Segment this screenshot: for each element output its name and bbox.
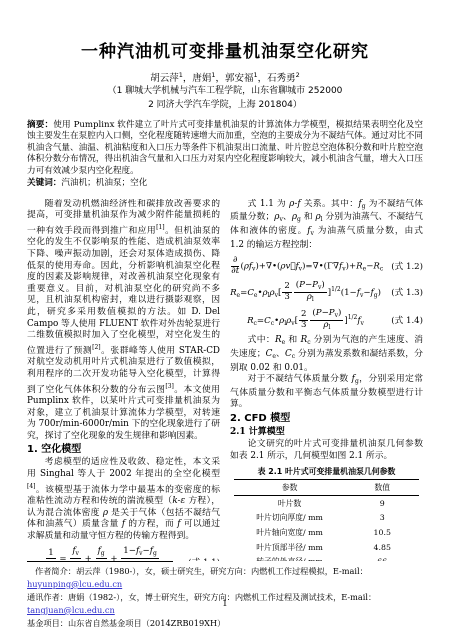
equation-1-3: Re=Ce•ρlρv[23(P−Pv)ρl]1/2(1−fv−fg) (式 1.… xyxy=(230,281,423,304)
equation-1-2-label: (式 1.2) xyxy=(383,260,423,272)
footnote-divider xyxy=(27,561,173,562)
paper-page: 一种汽油机可变排量机油泵空化研究 胡云萍1，唐娟1，郭安福1，石秀勇2 （1 聊… xyxy=(0,0,450,637)
abstract-text: 使用 Pumplinx 软件建立了叶片式可变排量机油泵的计算流体力学模型，模拟结… xyxy=(27,120,423,176)
table-cell: 叶片切向厚度/ mm xyxy=(234,511,346,526)
equation-1-2: ∂∂t(ρfv)+∇•(ρv⃗fv)=∇•(Γ∇fv)+Re−Rc (式 1.2… xyxy=(230,256,423,276)
table-2-1-caption: 表 2.1 叶片式可变排量机油泵几何参数 xyxy=(230,466,423,477)
paper-title: 一种汽油机可变排量机油泵空化研究 xyxy=(27,42,423,63)
footnotes-block: 作者简介：胡云萍（1980-），女，硕士研究生，研究方向：内燃机工作过程模拟，E… xyxy=(27,565,423,630)
table-cell: 叶片数 xyxy=(234,496,346,511)
table-header-value: 数值 xyxy=(345,480,419,496)
computational-model-paragraph: 论文研究的叶片式可变排量机油泵几何参数如表 2.1 所示，几何模型如图 2.1 … xyxy=(230,439,423,462)
geometry-table-body: 叶片数9叶片切向厚度/ mm3叶片轴向宽度/ mm10.5叶片顶部半径/ mm4… xyxy=(234,496,419,561)
author-bio-footnote: 作者简介：胡云萍（1980-），女，硕士研究生，研究方向：内燃机工作过程模拟，E… xyxy=(27,565,423,591)
section-1-heading: 1. 空化模型 xyxy=(27,443,220,456)
table-cell: 叶片轴向宽度/ mm xyxy=(234,525,346,540)
equation-1-1: 1ρ = fvρv + fgρg + 1−fv−fgρl (式 1.1) xyxy=(27,547,220,560)
author-bio-text: 作者简介：胡云萍（1980-），女，硕士研究生，研究方向：内燃机工作过程模拟，E… xyxy=(35,566,368,576)
equation-1-4: Rc=Cc•ρlρv[23(P−Pv)ρl]1/2fv (式 1.4) xyxy=(230,309,423,332)
cavitation-model-paragraph: 考虑模型的适应性及收敛、稳定性，本文采用 Singhal 等人于 2002 年提… xyxy=(27,457,220,542)
table-cell: 转子的外直径/ mm xyxy=(234,554,346,560)
keywords-text: 汽油机；机油泵；空化 xyxy=(61,178,147,188)
table-row: 叶片数9 xyxy=(234,496,419,511)
equation-1-1-body: 1ρ = fvρv + fgρg + 1−fv−fgρl xyxy=(27,547,178,560)
table-cell: 4.85 xyxy=(345,540,419,555)
right-column: 式 1.1 为 ρ-f 关系。其中：fg 为不凝结气体质量分数；ρv、ρg 和 … xyxy=(230,199,423,561)
table-cell: 9 xyxy=(345,496,419,511)
table-cell: 叶片顶部半径/ mm xyxy=(234,540,346,555)
rate-coefficients-paragraph: 式中：Re 和 Rc 分别为气泡的产生速度、消失速度；Ce、Cc 分别为蒸发系数… xyxy=(230,335,423,374)
table-cell: 3 xyxy=(345,511,419,526)
authors-line: 胡云萍1，唐娟1，郭安福1，石秀勇2 xyxy=(27,70,423,84)
section-2-1-heading: 2.1 计算模型 xyxy=(230,426,423,438)
equation-1-3-label: (式 1.3) xyxy=(381,286,423,298)
abstract-paragraph: 摘要：使用 Pumplinx 软件建立了叶片式可变排量机油泵的计算流体力学模型，… xyxy=(27,120,423,178)
table-header-row: 参数 数值 xyxy=(234,480,419,496)
gas-mass-fraction-paragraph: 对于不凝结气体质量分数 fg，分别采用定常气体质量分数和平衡态气体质量分数模型进… xyxy=(230,374,423,411)
author-email-link[interactable]: huyunping@lcu.edu.cn xyxy=(27,579,122,589)
equation-1-3-body: Re=Ce•ρlρv[23(P−Pv)ρl]1/2(1−fv−fg) xyxy=(230,281,381,304)
table-row: 叶片顶部半径/ mm4.85 xyxy=(234,540,419,555)
affiliation-line-1: （1 聊城大学机械与汽车工程学院，山东省聊城市 252000 xyxy=(27,86,423,97)
two-column-body: 随着发动机燃油经济性和碳排放改善要求的提高，可变排量机油泵作为减少附件能量损耗的… xyxy=(27,199,423,561)
equation-1-4-body: Rc=Cc•ρlρv[23(P−Pv)ρl]1/2fv xyxy=(230,309,381,332)
table-cell: 10.5 xyxy=(345,525,419,540)
keywords-line: 关键词：汽油机；机油泵；空化 xyxy=(27,178,423,190)
table-row: 转子的外直径/ mm66 xyxy=(234,554,419,560)
equation-1-1-label: (式 1.1) xyxy=(178,556,220,561)
table-row: 叶片切向厚度/ mm3 xyxy=(234,511,419,526)
intro-paragraph: 随着发动机燃油经济性和碳排放改善要求的提高，可变排量机油泵作为减少附件能量损耗的… xyxy=(27,199,220,443)
keywords-label: 关键词： xyxy=(27,178,61,188)
left-column: 随着发动机燃油经济性和碳排放改善要求的提高，可变排量机油泵作为减少附件能量损耗的… xyxy=(27,199,220,561)
section-2-heading: 2. CFD 模型 xyxy=(230,412,423,425)
funding-footnote: 基金项目：山东省自然基金项目（2014ZRB019XH） xyxy=(27,617,423,630)
geometry-parameters-table: 参数 数值 叶片数9叶片切向厚度/ mm3叶片轴向宽度/ mm10.5叶片顶部半… xyxy=(234,479,419,561)
eq11-explanation-paragraph: 式 1.1 为 ρ-f 关系。其中：fg 为不凝结气体质量分数；ρv、ρg 和 … xyxy=(230,199,423,251)
table-header-parameter: 参数 xyxy=(234,480,346,496)
page-number: 1 xyxy=(0,599,450,609)
equation-1-2-body: ∂∂t(ρfv)+∇•(ρv⃗fv)=∇•(Γ∇fv)+Re−Rc xyxy=(230,256,383,276)
abstract-label: 摘要： xyxy=(27,120,53,130)
table-cell: 66 xyxy=(345,554,419,560)
table-row: 叶片轴向宽度/ mm10.5 xyxy=(234,525,419,540)
equation-1-4-label: (式 1.4) xyxy=(381,314,423,326)
affiliation-line-2: 2 同济大学汽车学院，上海 201804） xyxy=(27,100,423,111)
